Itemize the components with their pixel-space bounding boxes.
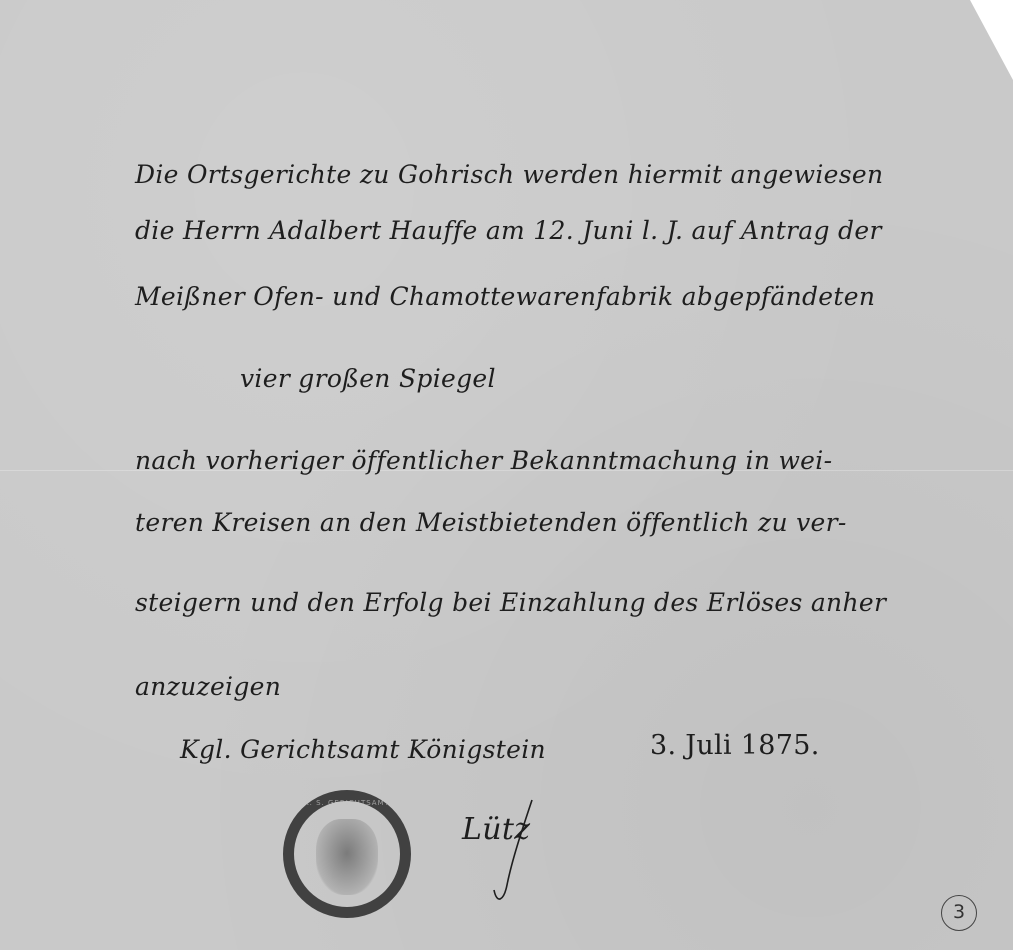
scanned-document: Die Ortsgerichte zu Gohrisch werden hier… <box>0 0 1024 950</box>
issuer-line: Kgl. Gerichtsamt Königstein <box>180 735 546 764</box>
signature: Lütz <box>462 812 530 847</box>
seal-crest <box>316 819 378 895</box>
seal-border-text: K. S. GERICHTSAMT <box>294 799 400 807</box>
paper-sheet: Die Ortsgerichte zu Gohrisch werden hier… <box>0 0 1013 950</box>
body-line-1: Die Ortsgerichte zu Gohrisch werden hier… <box>135 160 883 189</box>
page-number-circled: 3 <box>941 895 977 931</box>
body-line-4: vier großen Spiegel <box>240 364 496 393</box>
body-line-7: steigern und den Erfolg bei Einzahlung d… <box>135 588 886 617</box>
official-seal-stamp: K. S. GERICHTSAMT <box>283 790 411 918</box>
body-line-8: anzuzeigen <box>135 672 281 701</box>
date-line: 3. Juli 1875. <box>650 730 820 761</box>
body-line-5: nach vorheriger öffentlicher Bekanntmach… <box>135 446 832 475</box>
signature-flourish <box>462 790 542 910</box>
body-line-2: die Herrn Adalbert Hauffe am 12. Juni l.… <box>135 216 882 245</box>
body-line-3: Meißner Ofen- und Chamottewarenfabrik ab… <box>135 282 875 311</box>
body-line-6: teren Kreisen an den Meistbietenden öffe… <box>135 508 847 537</box>
